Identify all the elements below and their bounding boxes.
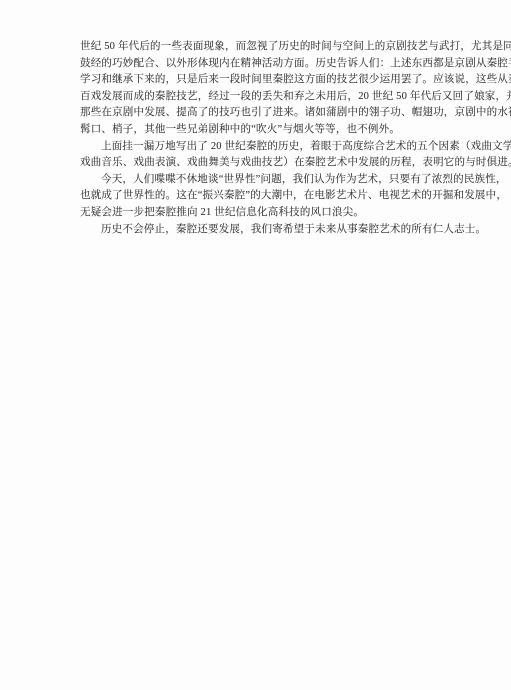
text-line: 历史不会停止，秦腔还要发展，我们寄希望于未来从事秦腔艺术的所有仁人志士。 (80, 222, 499, 239)
text-line: 学习和继承下来的，只是后来一段时间里秦腔这方面的技艺很少运用罢了。应该说，这些从… (80, 72, 499, 89)
text-line: 也就成了世界性的。这在“振兴秦腔”的大潮中，在电影艺术片、电视艺术的开掘和发展中… (80, 188, 499, 205)
text-line: 无疑会进一步把秦腔推向 21 世纪信息化高科技的风口浪尖。 (80, 205, 499, 222)
text-line: 髯口、梢子，其他一些兄弟剧种中的“吹火”与烟火等等，也不例外。 (80, 122, 499, 139)
document-page: 世纪 50 年代后的一些表面现象，而忽视了历史的时间与空间上的京剧技艺与武打，尤… (0, 0, 511, 690)
text-line: 世纪 50 年代后的一些表面现象，而忽视了历史的时间与空间上的京剧技艺与武打，尤… (80, 39, 499, 56)
text-line: 上面挂一漏万地写出了 20 世纪秦腔的历史，着眼于高度综合艺术的五个因素（戏曲文… (80, 139, 499, 156)
body-text-block: 世纪 50 年代后的一些表面现象，而忽视了历史的时间与空间上的京剧技艺与武打，尤… (80, 39, 499, 238)
text-line: 今天，人们喋喋不休地谈“世界性”问题，我们认为作为艺术，只要有了浓烈的民族性， (80, 172, 499, 189)
text-line: 那些在京剧中发展、提高了的技巧也引了进来。诸如蒲剧中的翎子功、帽翅功，京剧中的水… (80, 105, 499, 122)
text-line: 百戏发展而成的秦腔技艺，经过一段的丢失和弃之未用后，20 世纪 50 年代后又回… (80, 89, 499, 106)
text-line: 鼓经的巧妙配合、以外形体现内在精神活动方面。历史告诉人们：上述东西都是京剧从秦腔… (80, 56, 499, 73)
text-line: 戏曲音乐、戏曲表演、戏曲舞美与戏曲技艺）在秦腔艺术中发展的历程，表明它的与时俱进… (80, 155, 499, 172)
